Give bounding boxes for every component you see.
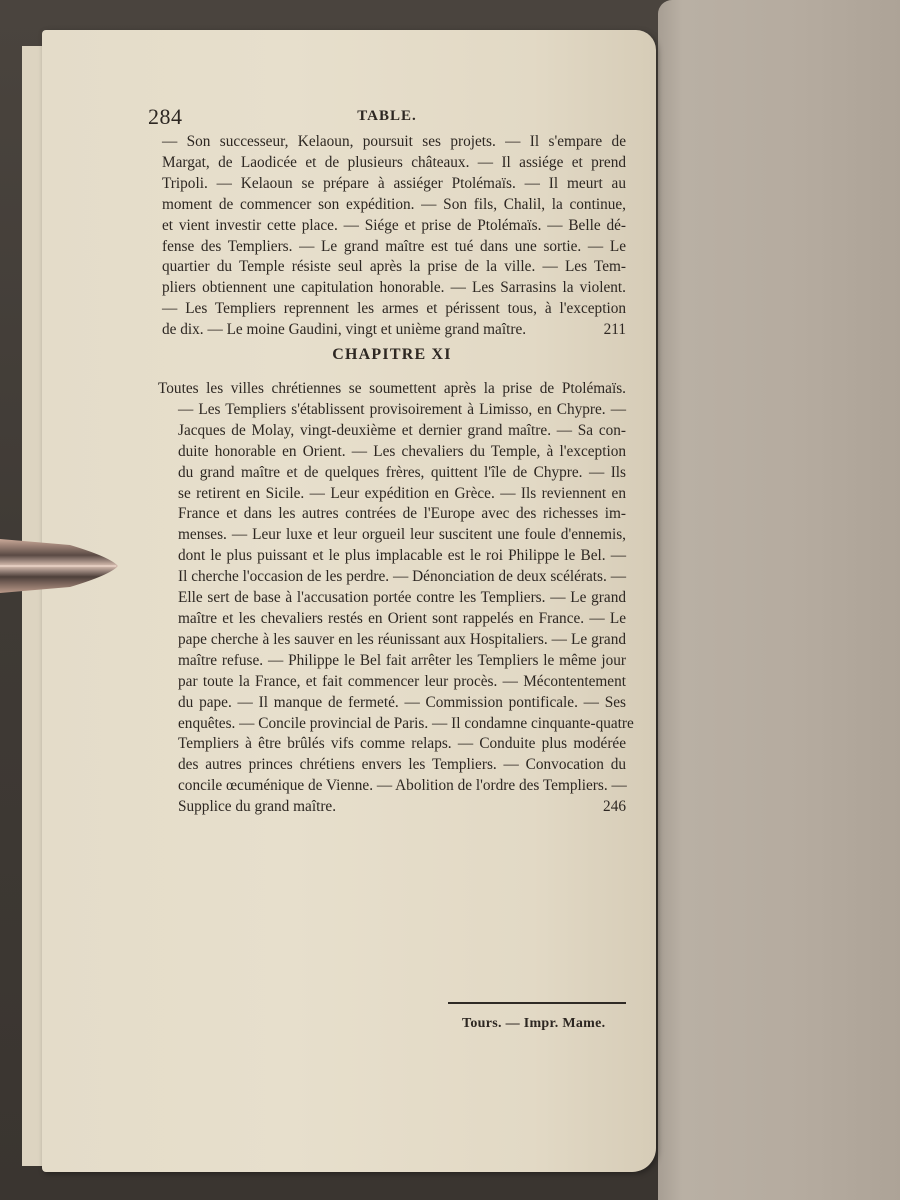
text-line: menses. — Leur luxe et leur orgueil leur…	[158, 525, 626, 546]
text-line: — Les Templiers reprennent les armes et …	[162, 299, 626, 320]
facing-page-cover	[658, 0, 900, 1200]
page-reference: 246	[603, 797, 626, 818]
text-line: Toutes les villes chrétiennes se soumett…	[158, 379, 626, 400]
previous-chapter-entry: — Son successeur, Kelaoun, poursuit ses …	[162, 132, 626, 341]
text-line: moment de commencer son expédition. — So…	[162, 195, 626, 216]
text-line-with-page-ref: de dix. — Le moine Gaudini, vingt et uni…	[162, 320, 626, 341]
text-line: fense des Templiers. — Le grand maître e…	[162, 237, 626, 258]
text-line: Templiers à être brûlés vifs comme relap…	[158, 734, 626, 755]
text-line: du grand maître et de quelques frères, q…	[158, 463, 626, 484]
text-line: maître et les chevaliers restés en Orien…	[158, 609, 626, 630]
footer-rule	[448, 1002, 626, 1004]
text-line: enquêtes. — Concile provincial de Paris.…	[158, 714, 626, 735]
text-line: Il cherche l'occasion de les perdre. — D…	[158, 567, 626, 588]
printer-imprint: Tours. — Impr. Mame.	[462, 1016, 605, 1032]
page-reference: 211	[604, 320, 626, 341]
text-line: des autres princes chrétiens envers les …	[158, 755, 626, 776]
text-line: Supplice du grand maître.	[178, 797, 336, 818]
text-line: par toute la France, et fait commencer l…	[158, 672, 626, 693]
text-line: du pape. — Il manque de fermeté. — Commi…	[158, 693, 626, 714]
running-title: TABLE.	[148, 108, 626, 125]
text-line: et vient investir cette place. — Siége e…	[162, 216, 626, 237]
chapter-xi-entry: Toutes les villes chrétiennes se soumett…	[158, 379, 626, 818]
text-line: quartier du Temple résiste seul après la…	[162, 257, 626, 278]
text-line: France et dans les autres contrées de l'…	[158, 504, 626, 525]
text-line: de dix. — Le moine Gaudini, vingt et uni…	[162, 320, 526, 341]
text-line: pliers obtiennent une capitulation honor…	[162, 278, 626, 299]
text-line: — Les Templiers s'établissent provisoire…	[158, 400, 626, 421]
text-line: Margat, de Laodicée et de plusieurs chât…	[162, 153, 626, 174]
text-line: maître refuse. — Philippe le Bel fait ar…	[158, 651, 626, 672]
text-line: concile œcuménique de Vienne. — Abolitio…	[158, 776, 626, 797]
text-line-with-page-ref: Supplice du grand maître. 246	[158, 797, 626, 818]
text-line: pape cherche à les sauver en les réuniss…	[158, 630, 626, 651]
text-line: dont le plus puissant et le plus implaca…	[158, 546, 626, 567]
metal-pointer-bookmark-icon	[0, 537, 120, 595]
text-line: Elle sert de base à l'accusation portée …	[158, 588, 626, 609]
page-header: 284 TABLE.	[148, 104, 626, 134]
text-line: se retirent en Sicile. — Leur expédition…	[158, 484, 626, 505]
text-line: Tripoli. — Kelaoun se prépare à assiéger…	[162, 174, 626, 195]
text-line: duite honorable en Orient. — Les chevali…	[158, 442, 626, 463]
text-line: — Son successeur, Kelaoun, poursuit ses …	[162, 132, 626, 153]
chapter-heading: CHAPITRE XI	[158, 346, 626, 364]
text-line: Jacques de Molay, vingt-deuxième et dern…	[158, 421, 626, 442]
